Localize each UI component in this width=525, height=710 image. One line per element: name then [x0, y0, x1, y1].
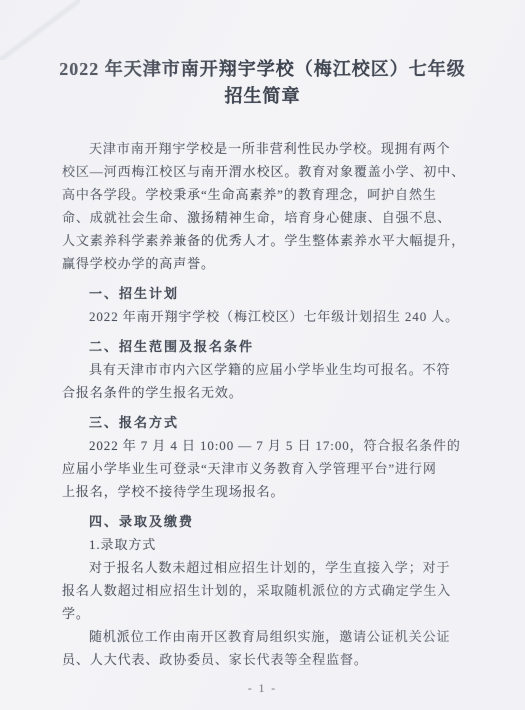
text-line: 合报名条件的学生报名无效。: [62, 381, 467, 404]
text-line: 学。: [62, 602, 467, 625]
text-line: 2022 年南开翔宇学校（梅江校区）七年级计划招生 240 人。: [62, 305, 467, 328]
text-line: 上报名，学校不接待学生现场报名。: [62, 480, 467, 503]
text-line: 2022 年 7 月 4 日 10:00 — 7 月 5 日 17:00，符合报…: [62, 434, 467, 457]
text-line: 人文素养科学素养兼备的优秀人才。学生整体素养水平大幅提升，: [62, 229, 467, 252]
text-line: 1.录取方式: [62, 533, 467, 556]
document-title-line-1: 2022 年天津市南开翔宇学校（梅江校区）七年级: [30, 56, 495, 83]
document-body: 天津市南开翔宇学校是一所非营利性民办学校。现拥有两个校区—河西梅江校区与南开渭水…: [62, 137, 467, 671]
section-heading: 一、招生计划: [62, 282, 467, 305]
scanned-document-page: 2022 年天津市南开翔宇学校（梅江校区）七年级 招生简章 天津市南开翔宇学校是…: [0, 0, 525, 710]
document-title: 2022 年天津市南开翔宇学校（梅江校区）七年级 招生简章: [30, 56, 495, 110]
text-line: 赢得学校办学的高声誉。: [62, 252, 467, 275]
text-line: 命、成就社会生命、激扬精神生命，培育身心健康、自强不息、: [62, 206, 467, 229]
text-line: 员、人大代表、政协委员、家长代表等全程监督。: [62, 648, 467, 671]
text-line: 随机派位工作由南开区教育局组织实施，邀请公证机关公证: [62, 625, 467, 648]
section-heading: 三、报名方式: [62, 411, 467, 434]
text-line: 具有天津市市内六区学籍的应届小学毕业生均可报名。不符: [62, 358, 467, 381]
text-line: 应届小学毕业生可登录“天津市义务教育入学管理平台”进行网: [62, 457, 467, 480]
text-line: 高中各学段。学校秉承“生命高素养”的教育理念，呵护自然生: [62, 183, 467, 206]
text-line: 报名人数超过相应招生计划的，采取随机派位的方式确定学生入: [62, 579, 467, 602]
text-line: 天津市南开翔宇学校是一所非营利性民办学校。现拥有两个: [62, 137, 467, 160]
section-heading: 二、招生范围及报名条件: [62, 335, 467, 358]
page-number: - 1 -: [0, 683, 525, 695]
text-line: 校区—河西梅江校区与南开渭水校区。教育对象覆盖小学、初中、: [62, 160, 467, 183]
document-title-line-2: 招生简章: [30, 83, 495, 110]
text-line: 对于报名人数未超过相应招生计划的，学生直接入学；对于: [62, 556, 467, 579]
section-heading: 四、录取及缴费: [62, 510, 467, 533]
